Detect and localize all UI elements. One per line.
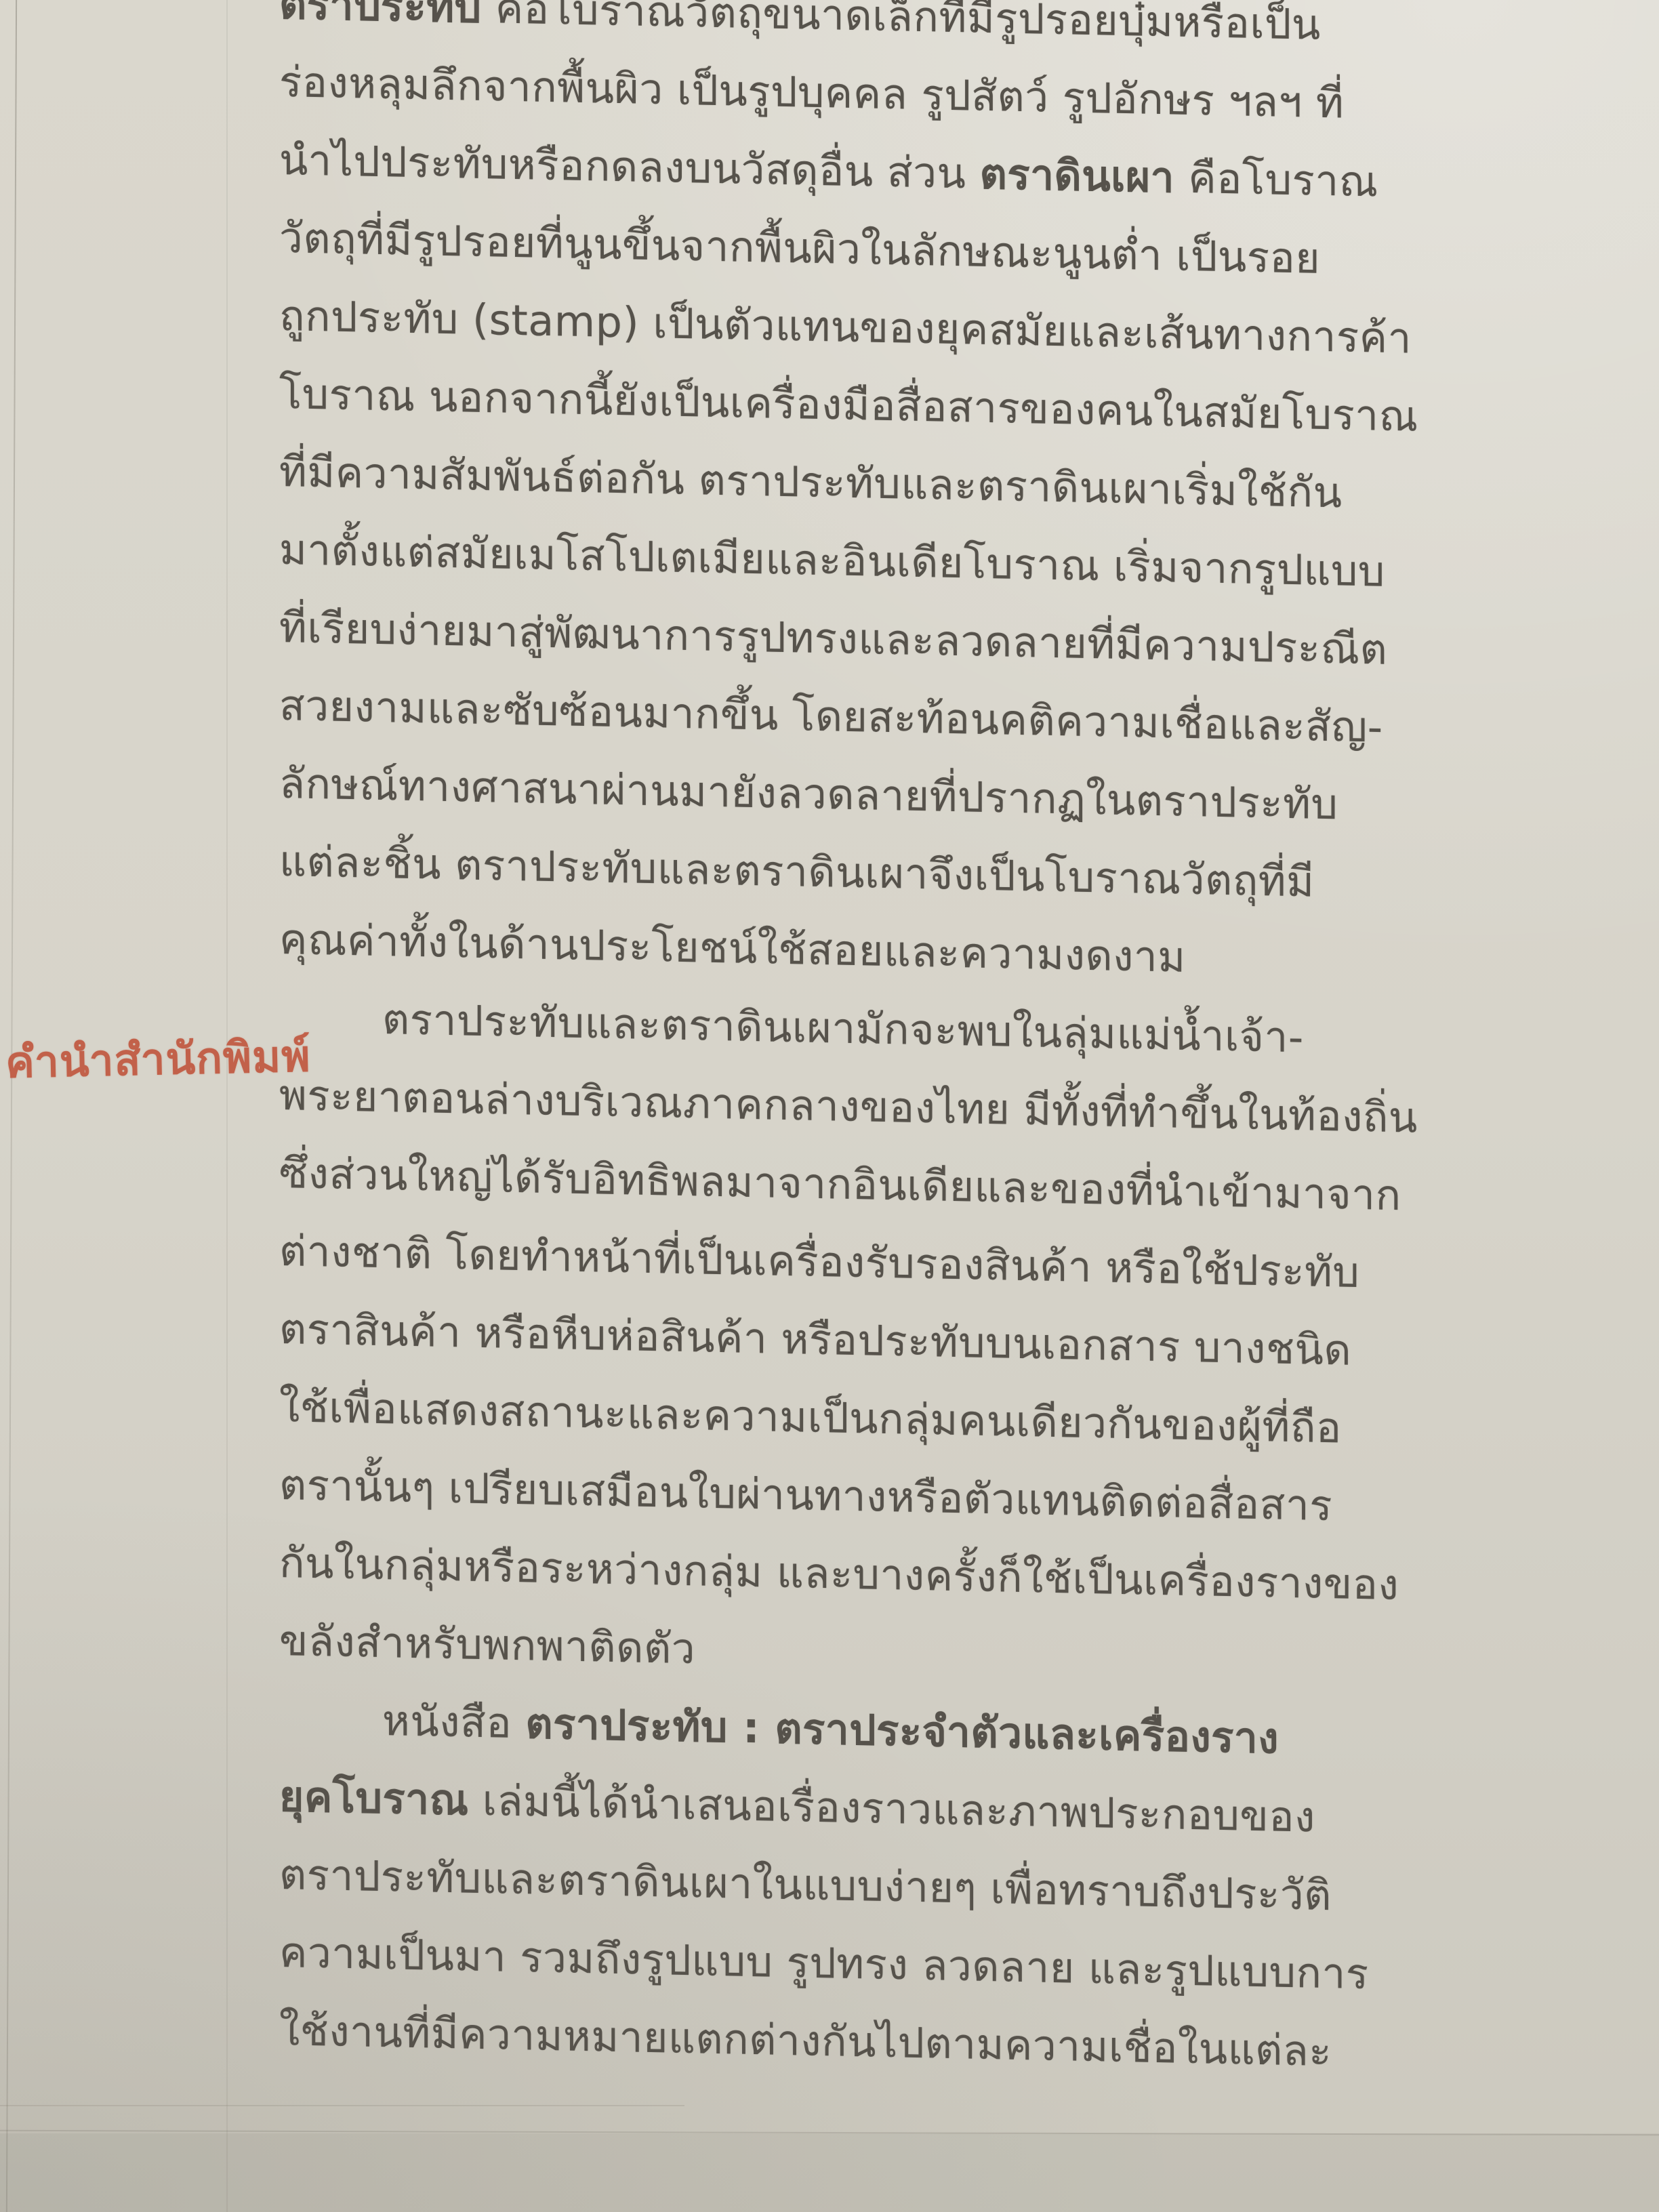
bold-text-run: ตราดินเผา (980, 149, 1174, 203)
text-run: ซึ่งส่วนใหญ่ได้รับอิทธิพลมาจากอินเดียและ… (279, 1148, 1401, 1220)
bold-text-run: ตราประทับ : ตราประจำตัวและเครื่องราง (525, 1698, 1279, 1763)
text-run: ที่มีความสัมพันธ์ต่อกัน ตราประทับและตราด… (279, 447, 1342, 517)
text-run: ลักษณ์ทางศาสนาผ่านมายังลวดลายที่ปรากฏในต… (279, 758, 1338, 829)
text-run: นำไปประทับหรือกดลงบนวัสดุอื่น ส่วน (279, 135, 980, 199)
text-run: พระยาตอนล่างบริเวณภาคกลางของไทย มีทั้งที… (279, 1070, 1418, 1143)
page-edge-line (6, 0, 17, 2212)
section-heading: คำนำสำนักพิมพ์ (5, 1021, 312, 1097)
page-bottom-shade (0, 2133, 1659, 2212)
body-text-block: ตราประทับ คือโบราณวัตถุขนาดเล็กที่มีรูปร… (279, 0, 1659, 2097)
text-run: หนังสือ (382, 1696, 525, 1748)
margin-fold-line (226, 0, 228, 2212)
text-run: ร่องหลุมลึกจากพื้นผิว เป็นรูปบุคคล รูปสั… (279, 57, 1344, 128)
text-run: ใช้งานที่มีความหมายแตกต่างกันไปตามความเช… (279, 2005, 1332, 2076)
bold-text-run: ตราประทับ (279, 0, 482, 33)
book-page-photo: คำนำสำนักพิมพ์ ตราประทับ คือโบราณวัตถุขน… (0, 0, 1659, 2212)
text-run: คุณค่าทั้งในด้านประโยชน์ใช้สอยและความงดง… (279, 914, 1186, 982)
text-run: กันในกลุ่มหรือระหว่างกลุ่ม และบางครั้งก็… (279, 1538, 1399, 1610)
text-run: ที่เรียบง่ายมาสู่พัฒนาการรูปทรงและลวดลาย… (279, 602, 1387, 674)
text-run: ใช้เพื่อแสดงสถานะและความเป็นกลุ่มคนเดียว… (279, 1382, 1342, 1452)
text-run: สวยงามและซับซ้อนมากขึ้น โดยสะท้อนคติความ… (279, 680, 1383, 752)
text-run: ตราประทับและตราดินเผามักจะพบในลุ่มแม่น้ำ… (382, 994, 1304, 1062)
text-run: แต่ละชิ้น ตราประทับและตราดินเผาจึงเป็นโบ… (279, 836, 1315, 907)
text-run: ความเป็นมา รวมถึงรูปแบบ รูปทรง ลวดลาย แล… (279, 1927, 1369, 1999)
text-run: ตราประทับและตราดินเผาในแบบง่ายๆ เพื่อทรา… (279, 1849, 1332, 1920)
text-run: มาตั้งแต่สมัยเมโสโปเตเมียและอินเดียโบราณ… (279, 525, 1385, 596)
text-run: ถูกประทับ (stamp) เป็นตัวแทนของยุคสมัยแล… (279, 291, 1412, 363)
text-run: คือโบราณ (1174, 153, 1378, 207)
text-run: ขลังสำหรับพกพาติดตัว (279, 1616, 695, 1673)
bold-text-run: ยุคโบราณ (279, 1771, 469, 1825)
text-run: คือโบราณวัตถุขนาดเล็กที่มีรูปรอยบุ๋มหรือ… (482, 0, 1321, 49)
text-run: ตรานั้นๆ เปรียบเสมือนใบผ่านทางหรือตัวแทน… (279, 1460, 1332, 1530)
text-run: ต่างชาติ โดยทำหน้าที่เป็นเครื่องรับรองสิ… (279, 1226, 1359, 1297)
text-run: เล่มนี้ได้นำเสนอเรื่องราวและภาพประกอบของ (469, 1776, 1315, 1842)
text-run: วัตถุที่มีรูปรอยที่นูนขึ้นจากพื้นผิวในลั… (279, 213, 1320, 283)
text-run: โบราณ นอกจากนี้ยังเป็นเครื่องมือสื่อสารข… (279, 369, 1418, 441)
text-run: ตราสินค้า หรือหีบห่อสินค้า หรือประทับบนเ… (279, 1304, 1351, 1375)
grid-rule-lower-left (0, 2105, 684, 2106)
